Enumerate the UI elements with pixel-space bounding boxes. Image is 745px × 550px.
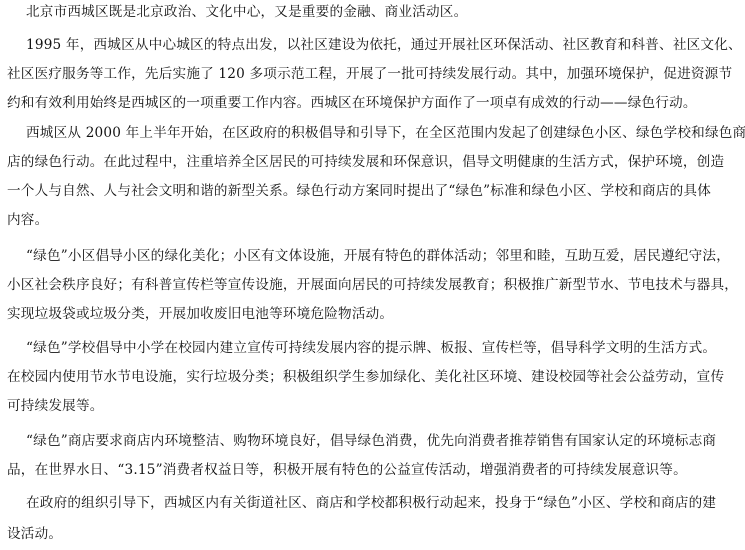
text-line: “绿色”小区倡导小区的绿化美化；小区有文体设施，开展有特色的群体活动；邻里和睦，…: [26, 248, 730, 264]
text-line: 可持续发展等。: [7, 398, 104, 414]
text-line: 在政府的组织引导下，西城区内有关街道社区、商店和学校都积极行动起来，投身于“绿色…: [26, 495, 716, 511]
text-line: 在校园内使用节水节电设施，实行垃圾分类；积极组织学生参加绿化、美化社区环境、建设…: [7, 369, 724, 385]
text-line: “绿色”商店要求商店内环境整洁、购物环境良好，倡导绿色消费，优先向消费者推荐销售…: [26, 433, 716, 449]
text-line: 北京市西城区既是北京政治、文化中心，又是重要的金融、商业活动区。: [26, 4, 467, 20]
text-line: 社区医疗服务等工作，先后实施了 120 多项示范工程，开展了一批可持续发展行动。…: [7, 66, 732, 82]
text-line: 内容。: [7, 212, 48, 228]
text-line: 一个人与自然、人与社会文明和谐的新型关系。绿色行动方案同时提出了“绿色”标准和绿…: [7, 183, 711, 199]
text-line: 品，在世界水日、“3.15”消费者权益日等，积极开展有特色的公益宣传活动，增强消…: [7, 462, 687, 478]
text-line: 小区社会秩序良好；有科普宣传栏等宣传设施，开展面向居民的可持续发展教育；积极推广…: [7, 277, 738, 293]
text-line: 设活动。: [7, 526, 62, 542]
document-page: 北京市西城区既是北京政治、文化中心，又是重要的金融、商业活动区。 1995 年，…: [0, 0, 745, 550]
text-line: 实现垃圾袋或垃圾分类，开展加收废旧电池等环境危险物活动。: [7, 306, 393, 322]
text-line: 店的绿色行动。在此过程中，注重培养全区居民的可持续发展和环保意识，倡导文明健康的…: [7, 154, 724, 170]
text-line: 1995 年，西城区从中心城区的特点出发，以社区建设为依托，通过开展社区环保活动…: [26, 37, 742, 53]
text-line: 约和有效利用始终是西城区的一项重要工作内容。西城区在环境保护方面作了一项卓有成效…: [7, 95, 697, 111]
text-line: “绿色”学校倡导中小学在校园内建立宣传可持续发展内容的提示牌、板报、宣传栏等，倡…: [26, 340, 716, 356]
text-line: 西城区从 2000 年上半年开始，在区政府的积极倡导和引导下，在全区范围内发起了…: [26, 125, 745, 141]
